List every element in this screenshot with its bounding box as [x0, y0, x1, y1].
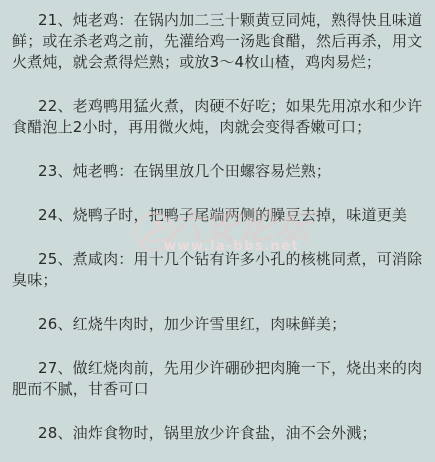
cooking-tips-page: 21、炖老鸡：在锅内加二三十颗黄豆同炖，熟得快且味道鲜；或在杀老鸡之前，先灌给鸡…: [0, 0, 435, 462]
tip-paragraph-27: 27、做红烧肉前，先用少许硼砂把肉腌一下，烧出来的肉肥而不腻，甘香可口: [12, 358, 423, 400]
tip-paragraph-21: 21、炖老鸡：在锅内加二三十颗黄豆同炖，熟得快且味道鲜；或在杀老鸡之前，先灌给鸡…: [12, 10, 423, 73]
tips-list: 21、炖老鸡：在锅内加二三十颗黄豆同炖，熟得快且味道鲜；或在杀老鸡之前，先灌给鸡…: [0, 0, 435, 444]
tip-paragraph-25: 25、煮咸肉：用十几个钻有许多小孔的核桃同煮，可消除臭味；: [12, 249, 423, 291]
tip-paragraph-28: 28、油炸食物时，锅里放少许食盐，油不会外溅；: [12, 423, 423, 444]
tip-paragraph-24: 24、烧鸭子时，把鸭子尾端两侧的臊豆去掉，味道更美: [12, 205, 423, 226]
tip-paragraph-26: 26、红烧牛肉时，加少许雪里红，肉味鲜美；: [12, 314, 423, 335]
tip-paragraph-23: 23、炖老鸭：在锅里放几个田螺容易烂熟；: [12, 161, 423, 182]
tip-paragraph-22: 22、老鸡鸭用猛火煮，肉硬不好吃；如果先用凉水和少许食醋泡上2小时，再用微火炖，…: [12, 96, 423, 138]
